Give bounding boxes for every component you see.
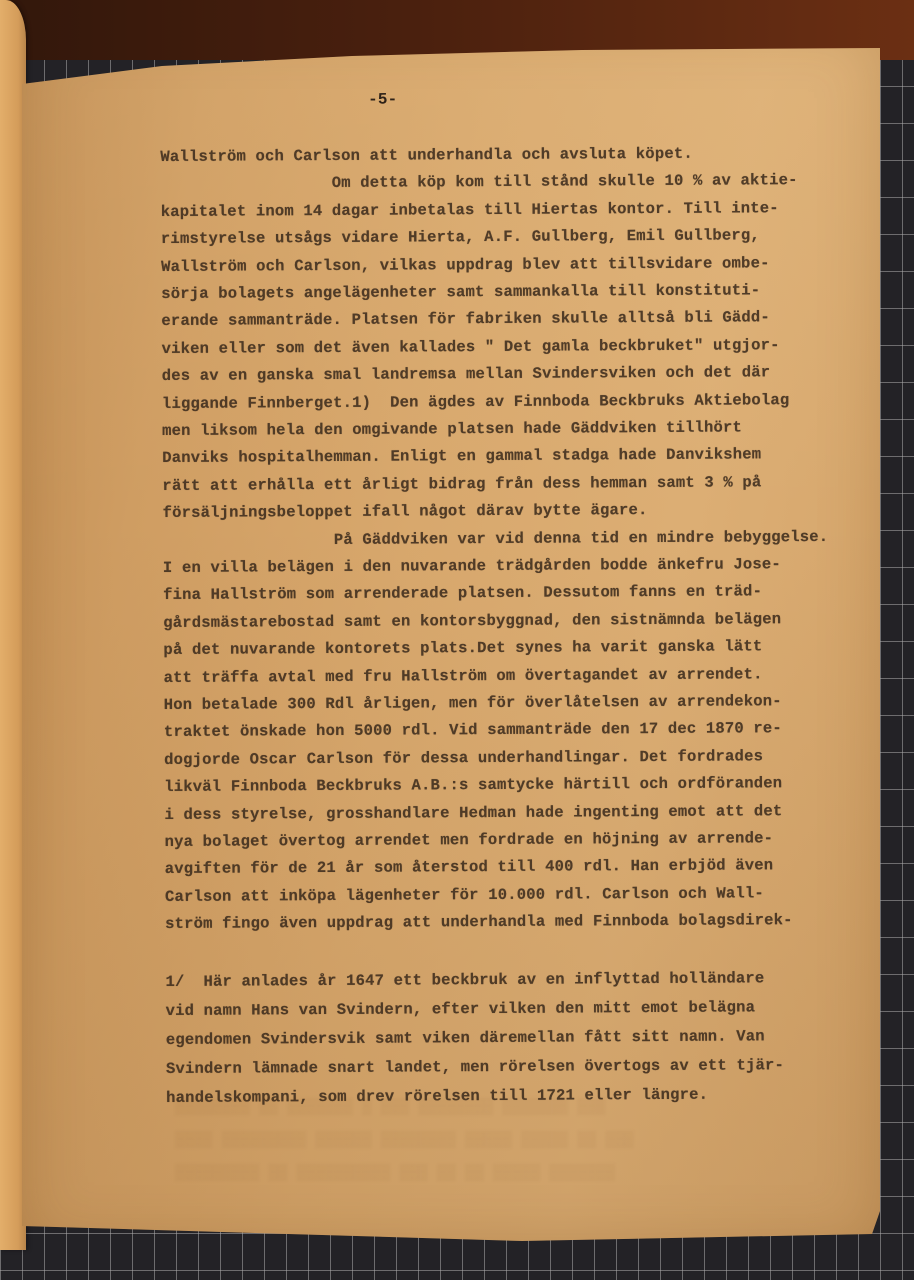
text-line: sörja bolagets angelägenheter samt samma… (161, 283, 760, 302)
text-line: men liksom hela den omgivande platsen ha… (162, 420, 742, 439)
text-line: liggande Finnberget.1) Den ägdes av Finn… (162, 393, 790, 412)
text-line: nya bolaget övertog arrendet men fordrad… (165, 831, 774, 850)
footnote-line: Svindern lämnade snart landet, men rörel… (166, 1058, 784, 1077)
text-line: rimstyrelse utsågs vidare Hierta, A.F. G… (161, 229, 760, 248)
show-through-text: ▒▒▒▒ ▒▒▒▒▒▒▒▒▒ ▒▒▒▒▒▒ ▒▒▒▒▒▒▒▒ ▒▒▒▒▒ ▒▒▒… (175, 1131, 634, 1149)
text-line: kapitalet inom 14 dagar inbetalas till H… (161, 201, 779, 220)
footnote-line: handelskompani, som drev rörelsen till 1… (166, 1087, 708, 1106)
text-line: I en villa belägen i den nuvarande trädg… (163, 557, 781, 576)
footnote-line: egendomen Svindersvik samt viken däremel… (166, 1029, 765, 1048)
text-line: rätt att erhålla ett årligt bidrag från … (162, 475, 761, 494)
text-line: försäljningsbeloppet ifall något därav b… (163, 503, 648, 522)
footnote-line: vid namn Hans van Svindern, efter vilken… (166, 1000, 756, 1019)
text-line: Wallström och Carlson, vilkas uppdrag bl… (161, 256, 770, 275)
text-line: viken eller som det även kallades " Det … (162, 338, 780, 357)
text-line: i dess styrelse, grosshandlare Hedman ha… (164, 804, 782, 823)
text-line: Carlson att inköpa lägenheter för 10.000… (165, 886, 764, 905)
text-line: Wallström och Carlson att underhandla oc… (160, 147, 693, 166)
show-through-text: ▒▒▒▒▒▒▒▒▒ ▒▒ ▒▒▒▒▒▒▒▒▒▒ ▒▒▒ ▒▒ ▒▒ ▒▒▒▒▒ … (175, 1164, 615, 1182)
text-line: på det nuvarande kontorets plats.Det syn… (163, 640, 762, 659)
text-line: att träffa avtal med fru Hallström om öv… (164, 667, 763, 686)
text-line: gårdsmästarebostad samt en kontorsbyggna… (163, 612, 781, 631)
page-number: -5- (368, 91, 397, 109)
footnote-line: 1/ Här anlades år 1647 ett beckbruk av e… (165, 971, 764, 990)
text-line: Hon betalade 300 Rdl årligen, men för öv… (164, 694, 782, 713)
text-line: dogjorde Oscar Carlson för dessa underha… (164, 749, 763, 768)
